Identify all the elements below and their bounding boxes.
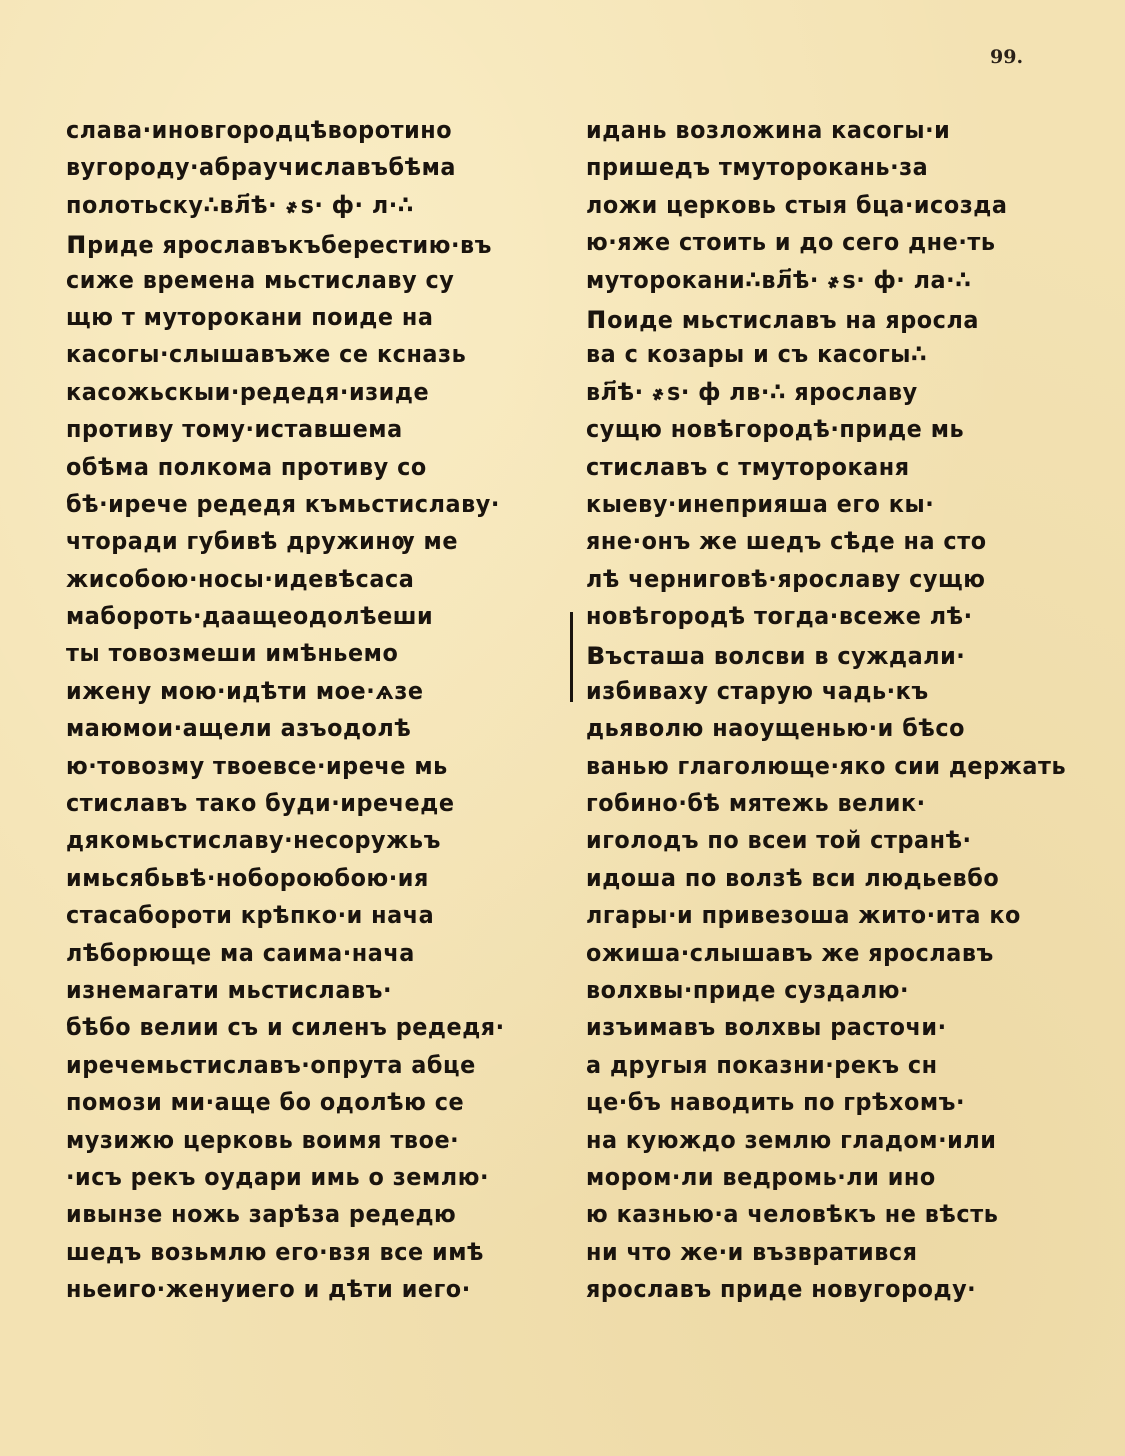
manuscript-line: ва с козары и съ касогы∴: [586, 336, 1051, 373]
manuscript-line: стасабороти крѣпко·и нача: [66, 897, 522, 934]
manuscript-line: ложи церковь стыя бца·исозда: [586, 187, 1051, 224]
manuscript-line: идоша по волзѣ вси людьевбо: [586, 860, 1051, 897]
manuscript-line: помози ми·аще бо одолѣю се: [66, 1084, 522, 1121]
manuscript-line: ты товозмеши имѣньемо: [66, 635, 522, 672]
manuscript-line: дьяволю наоущенью·и бѣсо: [586, 710, 1051, 747]
manuscript-line: изнемагати мьстиславъ·: [66, 972, 522, 1009]
manuscript-line: мором·ли ведромь·ли ино: [586, 1159, 1051, 1196]
manuscript-line: ньеиго·женуиего и дѣти иего·: [66, 1271, 522, 1308]
manuscript-line: на куюждо землю гладом·или: [586, 1122, 1051, 1159]
manuscript-line: Приде ярославъкъберестию·въ: [66, 224, 522, 261]
manuscript-line: вугороду·абраучиславъбѣма: [66, 149, 522, 186]
manuscript-line: маюмои·ащели азъодолѣ: [66, 710, 522, 747]
manuscript-line: полотьску∴вл҃ѣ· ҂ѕ· ф· л·∴: [66, 187, 522, 224]
manuscript-line: дякомьстиславу·несоружьъ: [66, 822, 522, 859]
manuscript-line: обѣма полкома противу со: [66, 449, 522, 486]
manuscript-line: лѣборюще ма саима·нача: [66, 935, 522, 972]
manuscript-line: це·бъ наводить по грѣхомъ·: [586, 1084, 1051, 1121]
manuscript-line: иречемьстиславъ·опрута абце: [66, 1047, 522, 1084]
manuscript-line: лгары·и привезоша жито·ита ко: [586, 897, 1051, 934]
manuscript-line: а другыя показни·рекъ сн: [586, 1047, 1051, 1084]
manuscript-line: противу тому·иставшема: [66, 411, 522, 448]
manuscript-line: ижену мою·идѣти мое·ѧзе: [66, 673, 522, 710]
manuscript-line: мабороть·даащеодолѣеши: [66, 598, 522, 635]
manuscript-line: ярославъ приде новугороду·: [586, 1271, 1051, 1308]
manuscript-line: щю т муторокани поиде на: [66, 299, 522, 336]
manuscript-line: касожьскыи·редедя·изиде: [66, 374, 522, 411]
manuscript-line: ванью глаголюще·яко сии держать: [586, 748, 1051, 785]
manuscript-line: сиже времена мьстиславу су: [66, 262, 522, 299]
manuscript-line: бѣбо велии съ и силенъ редедя·: [66, 1009, 522, 1046]
manuscript-line: лѣ черниговѣ·ярославу сущю: [586, 561, 1051, 598]
manuscript-line: сущю новѣгородѣ·приде мь: [586, 411, 1051, 448]
manuscript-line: гобино·бѣ мятежь велик·: [586, 785, 1051, 822]
manuscript-line: кыеву·инеприяша его кы·: [586, 486, 1051, 523]
manuscript-line: ю·товозму твоевсе·ирече мь: [66, 748, 522, 785]
right-column: идань возложина касогы·и пришедъ тмуторо…: [586, 112, 1086, 1309]
manuscript-line: иголодъ по всеи той странѣ·: [586, 822, 1051, 859]
manuscript-line: шедъ возьмлю его·взя все имѣ: [66, 1234, 522, 1271]
manuscript-line: жисобою·носы·идевѣсаса: [66, 561, 522, 598]
initial-letter-flourish: [570, 612, 583, 702]
manuscript-line: идань возложина касогы·и: [586, 112, 1051, 149]
manuscript-line: касогы·слышавъже се ксназь: [66, 336, 522, 373]
manuscript-line: ни что же·и възвратився: [586, 1234, 1051, 1271]
manuscript-line: Поиде мьстиславъ на яросла: [586, 299, 1051, 336]
manuscript-line: волхвы·приде суздалю·: [586, 972, 1051, 1009]
manuscript-line: ю·яже стоить и до сего дне·ть: [586, 224, 1051, 261]
manuscript-line: новѣгородѣ тогда·всеже лѣ·: [586, 598, 1051, 635]
left-column: слава·иновгородцѣворотино вугороду·абрау…: [66, 112, 556, 1309]
manuscript-line: яне·онъ же шедъ сѣде на сто: [586, 523, 1051, 560]
manuscript-line: ю казнью·а человѣкъ не вѣсть: [586, 1196, 1051, 1233]
manuscript-line: муторокани∴вл҃ѣ· ҂ѕ· ф· ла·∴: [586, 262, 1051, 299]
manuscript-line: вл҃ѣ· ҂ѕ· ф лв·∴ Ярославу: [586, 374, 1051, 411]
manuscript-line: въсташа волсви в суждали·: [586, 635, 1051, 672]
manuscript-line: имьсябьвѣ·нобороюбою·ия: [66, 860, 522, 897]
page-number: 99.: [990, 46, 1023, 68]
manuscript-line: слава·иновгородцѣворотино: [66, 112, 522, 149]
manuscript-line: музижю церковь воимя твое·: [66, 1122, 522, 1159]
manuscript-line: бѣ·ирече редедя къмьстиславу·: [66, 486, 522, 523]
manuscript-line: стиславъ с тмутороканя: [586, 449, 1051, 486]
manuscript-line: ивынзе ножь зарѣза редедю: [66, 1196, 522, 1233]
manuscript-line: ·исъ рекъ оудари имь о землю·: [66, 1159, 522, 1196]
manuscript-line: избиваху старую чадь·къ: [586, 673, 1051, 710]
manuscript-line: чторади губивѣ дружинѹ ме: [66, 523, 522, 560]
manuscript-line: стиславъ тако буди·иречеде: [66, 785, 522, 822]
manuscript-line: пришедъ тмуторокань·за: [586, 149, 1051, 186]
manuscript-line: изъимавъ волхвы расточи·: [586, 1009, 1051, 1046]
manuscript-line: ожиша·слышавъ же ярославъ: [586, 935, 1051, 972]
